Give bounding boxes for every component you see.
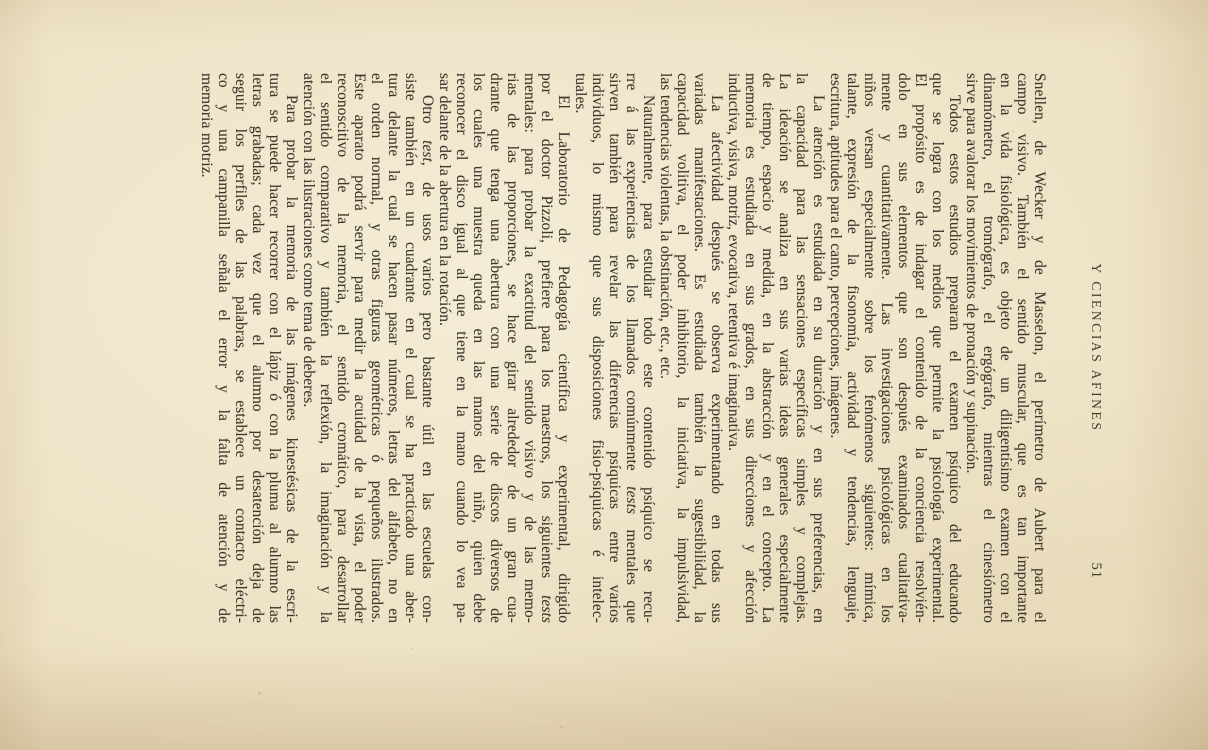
text-line: co y una campanilla señala el error y la… [215, 73, 232, 623]
text-segment: tura delante la cual se hacen pasar núme… [385, 73, 402, 623]
text-line: sirve para avalorar los movimientos de p… [963, 73, 980, 623]
text-segment: mentales que [623, 514, 640, 623]
text-line: inductiva, visiva, motriz, evocativa, re… [725, 73, 742, 623]
text-segment: individuos, lo mismo que sus disposicion… [589, 73, 606, 623]
page-header: Y CIENCIAS AFINES 51 [1084, 73, 1104, 623]
text-line: Naturalmente, para estudiar todo este co… [640, 73, 657, 623]
text-segment: el orden normal, y otras figuras geométr… [368, 73, 385, 623]
text-segment: sar delante de la abertura en la rotació… [436, 73, 453, 326]
text-line: niños versan especialmente sobre los fen… [861, 73, 878, 623]
text-line: El Laboratorio de Pedagogía científica y… [555, 73, 572, 623]
text-segment: mentales: para probar la exactitud del s… [521, 73, 538, 623]
text-segment: La atención es estudiada en su duración … [810, 95, 827, 623]
text-line: los cuales una muestra queda en las mano… [470, 73, 487, 623]
text-line: Otro test, de usos varios pero bastante … [419, 73, 436, 623]
text-line: individuos, lo mismo que sus disposicion… [589, 73, 606, 623]
text-segment: La ideación se analiza en sus varias ide… [776, 73, 793, 623]
text-line: La afectividad después se observa experi… [708, 73, 725, 623]
text-line: reconocer el disco igual al que tiene en… [453, 73, 470, 623]
text-segment: la capacidad para las sensaciones especí… [793, 73, 810, 623]
text-line: letras grabadas; cada vez que el alumno … [249, 73, 266, 623]
text-line: dolo en sus elementos que son después ex… [895, 73, 912, 623]
text-segment: niños versan especialmente sobre los fen… [861, 73, 878, 623]
text-line: rias de las proporciones, se hace girar … [504, 73, 521, 623]
text-segment: por el doctor Pizzoli, prefiere para los… [538, 73, 555, 595]
text-line: seguir los perfiles de las palabras, se … [232, 73, 249, 623]
text-segment: variadas manifestaciones. Es estudiada t… [691, 73, 708, 623]
text-line: sar delante de la abertura en la rotació… [436, 73, 453, 623]
text-segment: dolo en sus elementos que son después ex… [895, 73, 912, 623]
text-line: La atención es estudiada en su duración … [810, 73, 827, 623]
text-line: por el doctor Pizzoli, prefiere para los… [538, 73, 555, 623]
text-line: reconoscitivo de la memoria, el sentido … [334, 73, 351, 623]
text-line: que se logra con los medios que permite … [929, 73, 946, 623]
text-segment: Otro [419, 95, 436, 140]
text-line: el sentido comparativo y también la refl… [317, 73, 334, 623]
page-number: 51 [1087, 563, 1104, 580]
scanned-book-page: Y CIENCIAS AFINES 51 Snellen, de Wecker … [0, 0, 1208, 750]
text-segment: siste también en un cuadrante en el cual… [402, 73, 419, 623]
text-line: El propósito es de indagar el contenido … [912, 73, 929, 623]
text-line: dinamómetro, el tromógrafo, el ergógrafo… [980, 73, 997, 623]
text-line: drante que tenga una abertura con una se… [487, 73, 504, 623]
text-line: tura se puede hacer recorrer con el lápi… [266, 73, 283, 623]
text-line: Todos estos estudios preparan el examen … [946, 73, 963, 623]
text-line: escritura, aptitudes para el canto, perc… [827, 73, 844, 623]
text-segment: memoria motriz. [198, 73, 215, 178]
text-segment: tuales. [572, 73, 589, 113]
book-page-sheet: Y CIENCIAS AFINES 51 Snellen, de Wecker … [0, 0, 1208, 750]
italic-term: tests [623, 486, 640, 514]
text-segment: rre á las experiencias de los llamados c… [623, 73, 640, 486]
text-segment: mente y cuantitativamente. Las investiga… [878, 73, 895, 623]
text-line: la capacidad para las sensaciones especí… [793, 73, 810, 623]
text-line: sirven también para revelar las diferenc… [606, 73, 623, 623]
text-segment: Todos estos estudios preparan el examen … [946, 95, 963, 623]
running-title: Y CIENCIAS AFINES [1088, 73, 1104, 623]
text-line: rre á las experiencias de los llamados c… [623, 73, 640, 623]
text-line: Para probar la memoria de las imágenes k… [283, 73, 300, 623]
text-segment: tura se puede hacer recorrer con el lápi… [266, 73, 283, 623]
text-segment: La afectividad después se observa experi… [708, 95, 725, 623]
text-line: memoria motriz. [198, 73, 215, 623]
text-line: mentales: para probar la exactitud del s… [521, 73, 538, 623]
page-body-text: Snellen, de Wecker y de Masselon, el per… [198, 73, 1048, 623]
text-segment: drante que tenga una abertura con una se… [487, 73, 504, 623]
text-segment: El propósito es de indagar el contenido … [912, 73, 929, 623]
text-segment: el sentido comparativo y también la refl… [317, 73, 334, 623]
text-line: atención con las ilustraciones como tema… [300, 73, 317, 623]
text-line: de tiempo, espacio y medida, en la abstr… [759, 73, 776, 623]
text-segment: reconoscitivo de la memoria, el sentido … [334, 73, 351, 623]
text-segment: de tiempo, espacio y medida, en la abstr… [759, 73, 776, 623]
text-segment: letras grabadas; cada vez que el alumno … [249, 73, 266, 623]
text-segment: campo visivo. También el sentido muscula… [1014, 73, 1031, 623]
text-segment: sirven también para revelar las diferenc… [606, 73, 623, 623]
text-line: en la vida fisiológica, es objeto de un … [997, 73, 1014, 623]
text-segment: dinamómetro, el tromógrafo, el ergógrafo… [980, 73, 997, 623]
text-segment: los cuales una muestra queda en las mano… [470, 73, 487, 623]
text-segment: memoria es estudiada en sus grados, en s… [742, 73, 759, 623]
text-segment: seguir los perfiles de las palabras, se … [232, 73, 249, 623]
text-segment: , de usos varios pero bastante útil en l… [419, 162, 436, 623]
text-segment: las tendencias violentas, la obstinación… [657, 73, 674, 379]
text-segment: en la vida fisiológica, es objeto de un … [997, 73, 1014, 623]
text-line: tuales. [572, 73, 589, 623]
italic-term: test [419, 140, 436, 162]
text-segment: atención con las ilustraciones como tema… [300, 73, 317, 407]
text-line: variadas manifestaciones. Es estudiada t… [691, 73, 708, 623]
text-line: campo visivo. También el sentido muscula… [1014, 73, 1031, 623]
text-line: La ideación se analiza en sus varias ide… [776, 73, 793, 623]
text-segment: co y una campanilla señala el error y la… [215, 73, 232, 623]
text-line: Este aparato podrá servir para medir la … [351, 73, 368, 623]
text-segment: Snellen, de Wecker y de Masselon, el per… [1031, 73, 1048, 623]
text-segment: El Laboratorio de Pedagogía científica y… [555, 95, 572, 623]
italic-term: tests [538, 595, 555, 623]
text-line: el orden normal, y otras figuras geométr… [368, 73, 385, 623]
text-segment: capacidad volitiva, el poder inhibitorio… [674, 73, 691, 623]
text-line: Snellen, de Wecker y de Masselon, el per… [1031, 73, 1048, 623]
text-line: capacidad volitiva, el poder inhibitorio… [674, 73, 691, 623]
text-segment: Este aparato podrá servir para medir la … [351, 73, 368, 623]
text-segment: sirve para avalorar los movimientos de p… [963, 73, 980, 473]
text-line: siste también en un cuadrante en el cual… [402, 73, 419, 623]
text-segment: Para probar la memoria de las imágenes k… [283, 95, 300, 623]
text-line: mente y cuantitativamente. Las investiga… [878, 73, 895, 623]
text-segment: que se logra con los medios que permite … [929, 73, 946, 623]
text-line: las tendencias violentas, la obstinación… [657, 73, 674, 623]
text-segment: talante, expresión de la fisonomía, acti… [844, 73, 861, 623]
text-line: tura delante la cual se hacen pasar núme… [385, 73, 402, 623]
text-segment: escritura, aptitudes para el canto, perc… [827, 73, 844, 438]
text-segment: inductiva, visiva, motriz, evocativa, re… [725, 73, 742, 451]
text-segment: reconocer el disco igual al que tiene en… [453, 73, 470, 623]
text-segment: rias de las proporciones, se hace girar … [504, 73, 521, 623]
text-line: memoria es estudiada en sus grados, en s… [742, 73, 759, 623]
text-line: talante, expresión de la fisonomía, acti… [844, 73, 861, 623]
text-segment: Naturalmente, para estudiar todo este co… [640, 95, 657, 623]
